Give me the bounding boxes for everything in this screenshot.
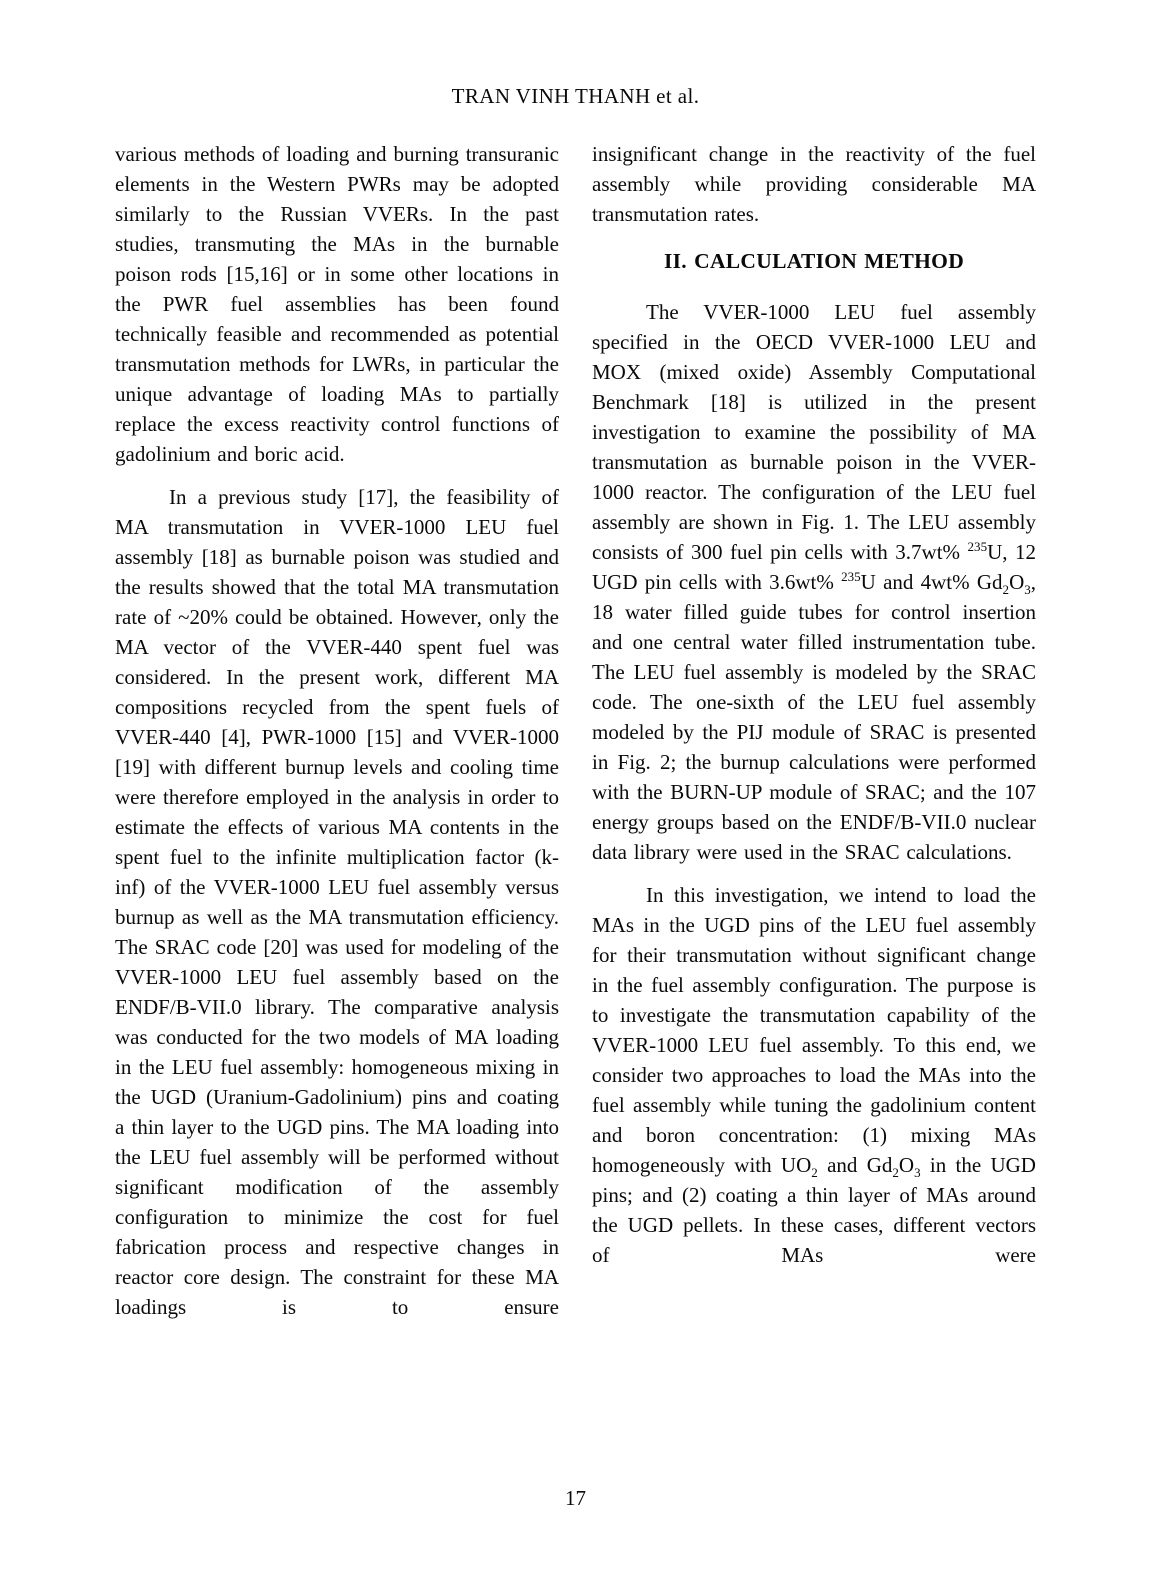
right-column: insignificant change in the reactivity o…: [592, 139, 1036, 1283]
two-column-body: various methods of loading and burning t…: [115, 139, 1036, 1335]
page-number: 17: [0, 1486, 1151, 1511]
paragraph: The VVER-1000 LEU fuel assembly specifie…: [592, 297, 1036, 867]
running-header: TRAN VINH THANH et al.: [0, 84, 1151, 109]
document-page: TRAN VINH THANH et al. various methods o…: [0, 0, 1151, 1594]
paragraph: In a previous study [17], the feasibilit…: [115, 482, 559, 1322]
left-column: various methods of loading and burning t…: [115, 139, 559, 1335]
paragraph: various methods of loading and burning t…: [115, 139, 559, 469]
section-heading: II. CALCULATION METHOD: [592, 246, 1036, 276]
paragraph: insignificant change in the reactivity o…: [592, 139, 1036, 229]
paragraph: In this investigation, we intend to load…: [592, 880, 1036, 1270]
